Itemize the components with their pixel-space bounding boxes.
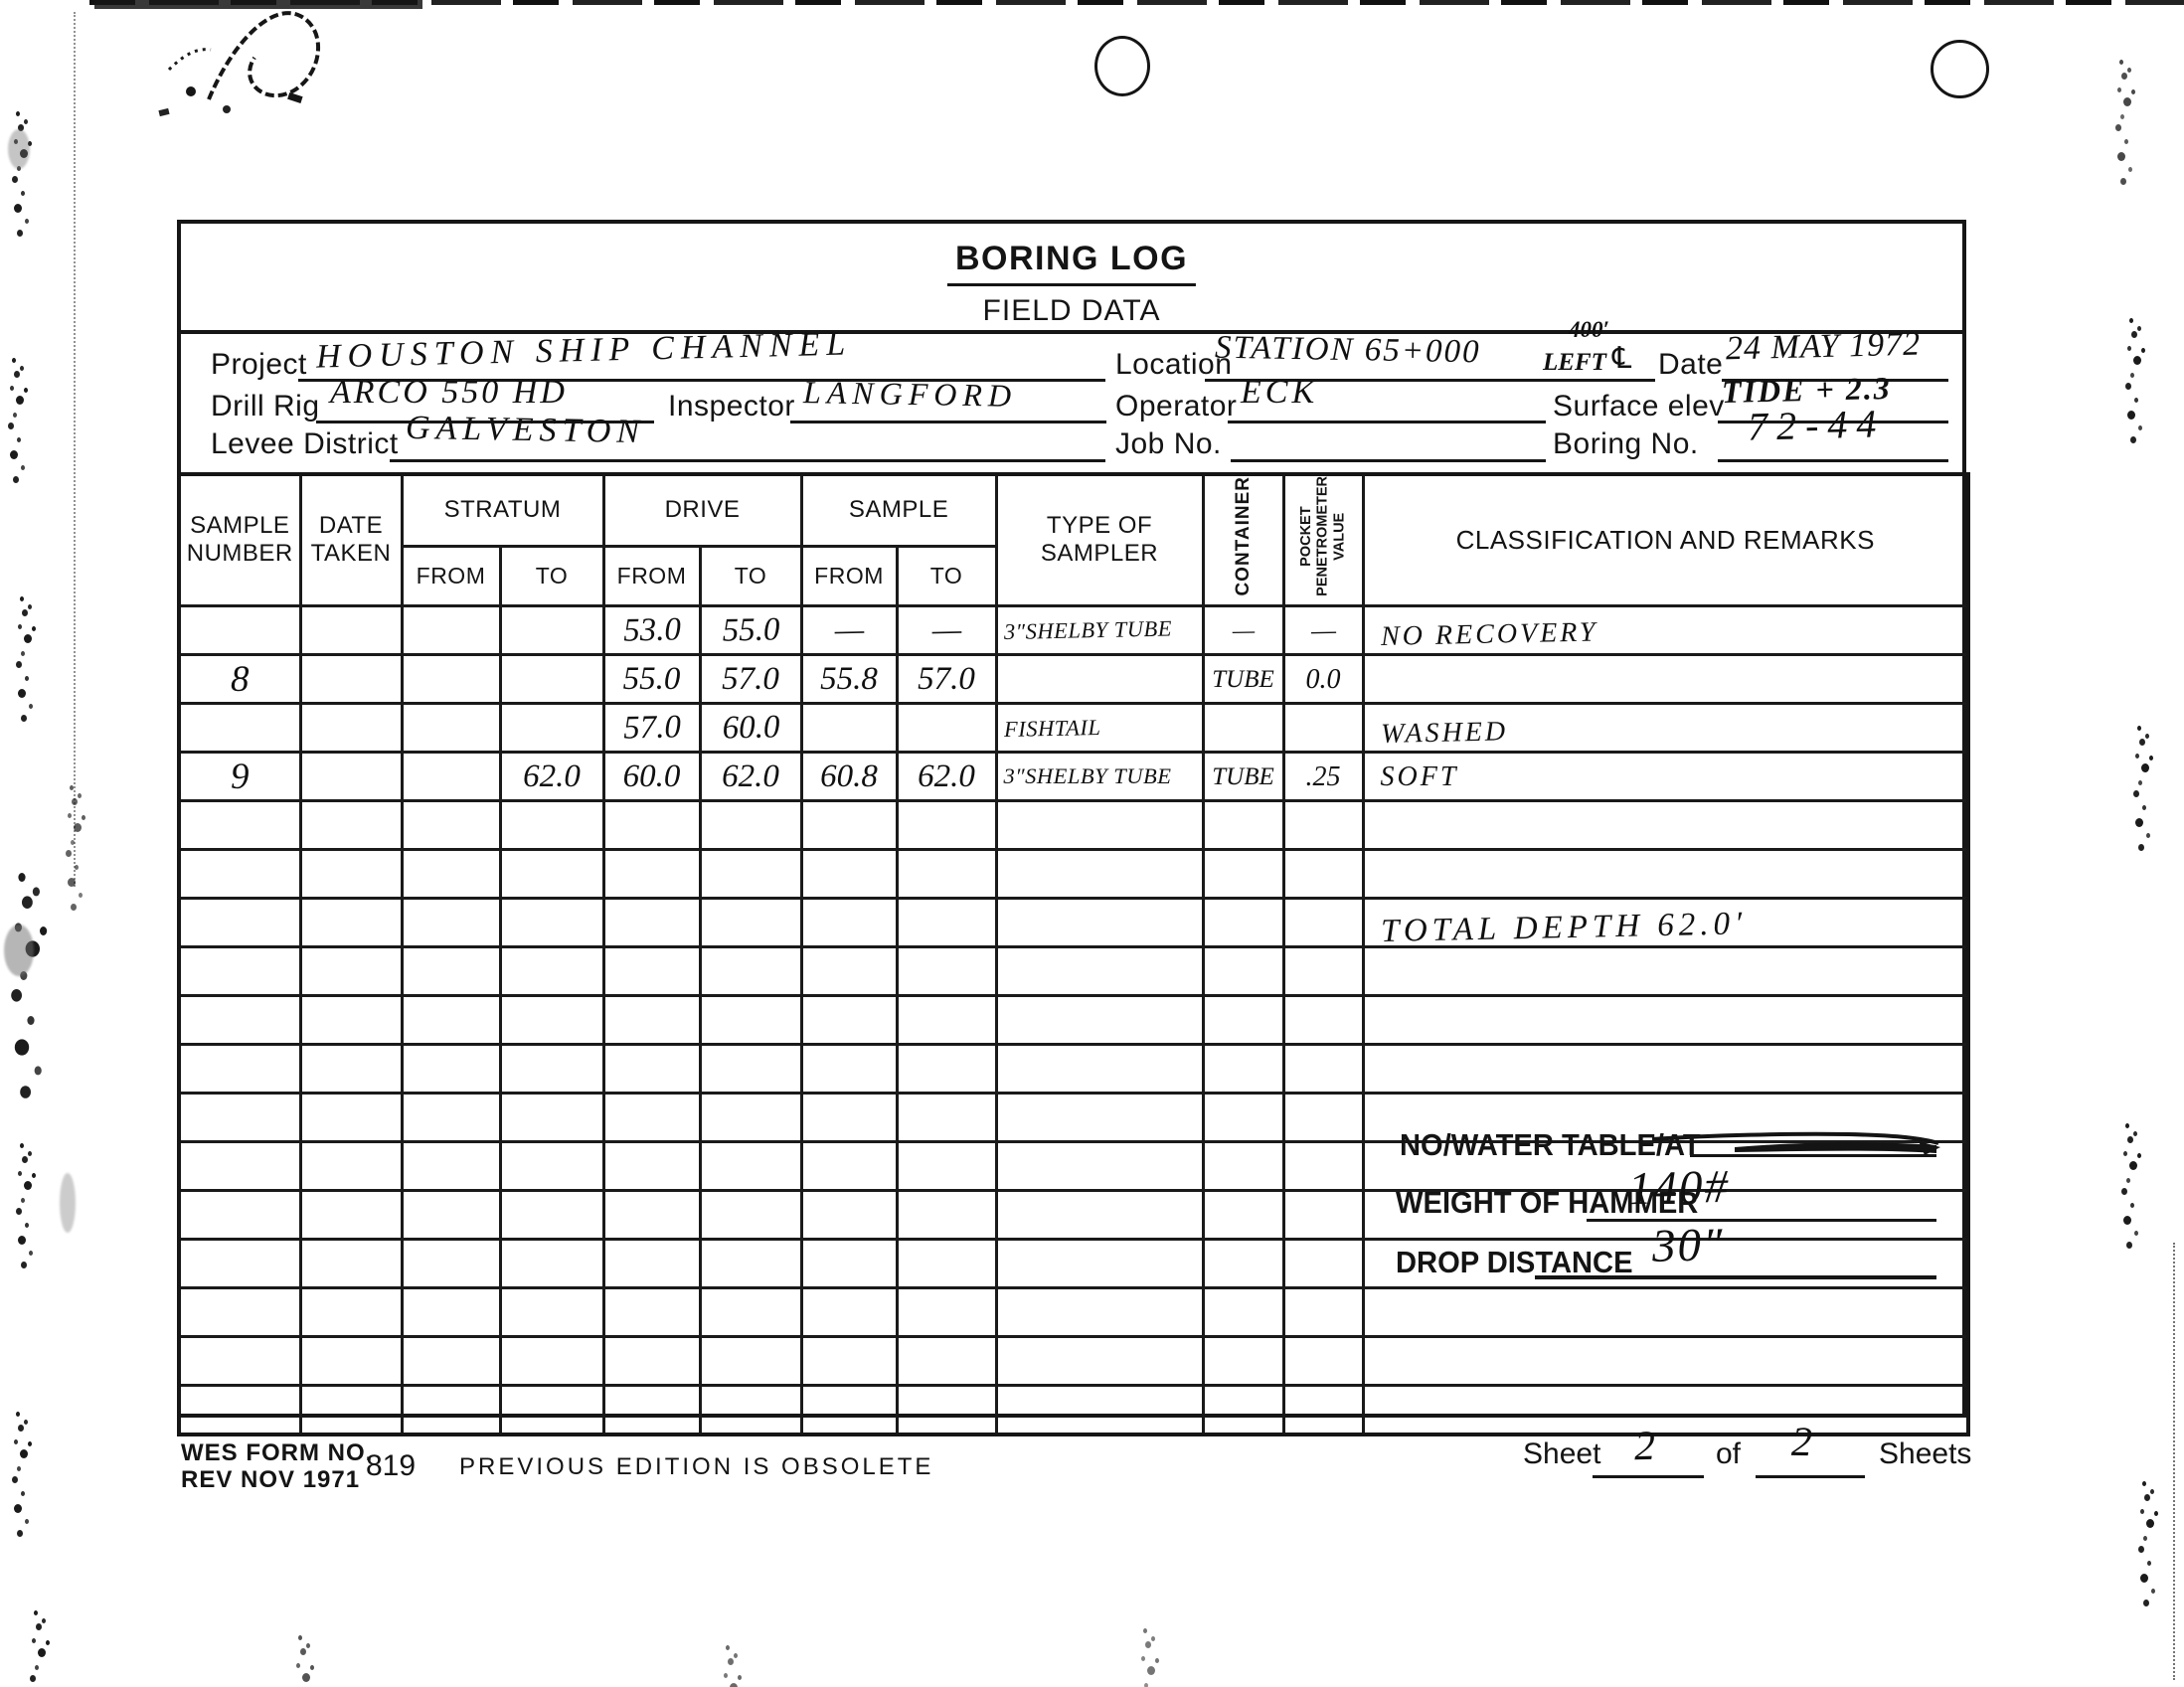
levee-district-line	[390, 459, 1105, 462]
cell-sm_from: —	[801, 605, 897, 654]
cell-d_to	[700, 898, 801, 946]
cell-sampler	[996, 800, 1203, 849]
table-row	[179, 946, 1968, 995]
table-row	[179, 800, 1968, 849]
cell-d_from	[603, 946, 700, 995]
cell-sampler: 3″SHELBY TUBE	[996, 752, 1203, 800]
header-drive-from: FROM	[603, 546, 700, 605]
table-row: TOTAL DEPTH 62.0′	[179, 898, 1968, 946]
handwritten-entry: WASHED	[1364, 706, 1966, 749]
cell-sm_from	[801, 1239, 897, 1287]
handwritten-entry: 8	[181, 659, 299, 698]
cell-d_from: 55.0	[603, 654, 700, 703]
cell-sm_from	[801, 800, 897, 849]
cell-sampler	[996, 1385, 1203, 1434]
cell-s_from	[402, 849, 500, 898]
cell-s_from	[402, 946, 500, 995]
scan-speckle	[12, 358, 16, 363]
cell-container	[1203, 849, 1283, 898]
sheet-value-line	[1593, 1475, 1704, 1478]
cell-s_from	[402, 1287, 500, 1336]
wes-form-no: WES FORM NO.	[181, 1439, 373, 1467]
cell-d_from	[603, 995, 700, 1044]
cell-d_to	[700, 1287, 801, 1336]
cell-s_from	[402, 703, 500, 752]
title-divider	[177, 330, 1966, 334]
location-value: STATION 65+000	[1215, 332, 1481, 370]
cell-pen	[1283, 1093, 1363, 1141]
cell-d_from	[603, 898, 700, 946]
header-type-of-sampler: TYPE OF SAMPLER	[996, 474, 1203, 605]
scanned-boring-log-page: BORING LOG FIELD DATA Project HOUSTON SH…	[0, 0, 2184, 1687]
cell-n	[179, 703, 300, 752]
handwritten-entry: 57.0	[702, 661, 800, 696]
scan-left-dotted-line	[74, 12, 76, 887]
cell-container	[1203, 1044, 1283, 1093]
handwritten-entry: TOTAL DEPTH 62.0′	[1364, 896, 1966, 949]
handwritten-entry: 53.0	[604, 611, 699, 648]
cell-d_from	[603, 1336, 700, 1385]
of-label: of	[1716, 1437, 1741, 1471]
cell-sm_to: —	[897, 605, 996, 654]
cell-remarks	[1363, 1287, 1968, 1336]
cell-container: TUBE	[1203, 752, 1283, 800]
cell-date	[300, 1190, 402, 1239]
cell-pen	[1283, 898, 1363, 946]
cell-n	[179, 995, 300, 1044]
obsolete-note: PREVIOUS EDITION IS OBSOLETE	[459, 1453, 933, 1481]
cell-sm_to	[897, 1093, 996, 1141]
cell-n	[179, 1093, 300, 1141]
cell-n: 8	[179, 654, 300, 703]
cell-sampler	[996, 849, 1203, 898]
cell-n	[179, 849, 300, 898]
cell-n	[179, 800, 300, 849]
cell-d_to	[700, 1093, 801, 1141]
scan-smear	[60, 1173, 76, 1233]
cell-container	[1203, 1385, 1283, 1434]
table-row	[179, 1385, 1968, 1434]
cell-container	[1203, 1239, 1283, 1287]
cell-d_to	[700, 1190, 801, 1239]
cell-date	[300, 703, 402, 752]
levee-district-label: Levee District	[211, 427, 399, 461]
scan-smear	[4, 925, 34, 976]
cell-s_from	[402, 1044, 500, 1093]
cell-sm_from	[801, 898, 897, 946]
punch-hole-left	[1094, 36, 1150, 96]
cell-s_from	[402, 1385, 500, 1434]
cell-s_to	[500, 703, 603, 752]
cell-sm_to	[897, 946, 996, 995]
cell-date	[300, 654, 402, 703]
scan-speckle	[2125, 1123, 2129, 1128]
cell-sm_from	[801, 849, 897, 898]
cell-sm_from	[801, 1190, 897, 1239]
cell-s_to	[500, 1385, 603, 1434]
levee-district-value: GALVESTON	[406, 412, 646, 449]
form-subtitle: FIELD DATA	[983, 294, 1161, 328]
cell-remarks	[1363, 946, 1968, 995]
scan-speckle	[20, 1143, 24, 1148]
scan-speckle	[1143, 1628, 1147, 1633]
cell-date	[300, 752, 402, 800]
cell-container	[1203, 1190, 1283, 1239]
form-number: 819	[366, 1449, 416, 1483]
cell-remarks: NO RECOVERY	[1363, 605, 1968, 654]
header-container: CONTAINER	[1203, 474, 1283, 605]
cell-s_to	[500, 1093, 603, 1141]
cell-d_from: 53.0	[603, 605, 700, 654]
table-row	[179, 849, 1968, 898]
cell-sm_to: 57.0	[897, 654, 996, 703]
weight-of-hammer-line	[1587, 1219, 1936, 1222]
handwritten-entry: 60.0	[605, 759, 699, 793]
header-sample-to: TO	[897, 546, 996, 605]
cell-sm_to	[897, 1239, 996, 1287]
cell-s_from	[402, 1141, 500, 1190]
cell-remarks	[1363, 1385, 1968, 1434]
cell-d_to	[700, 946, 801, 995]
date-value: 24 MAY 1972	[1726, 328, 1922, 367]
header-drive-to: TO	[700, 546, 801, 605]
cell-s_to	[500, 898, 603, 946]
cell-s_from	[402, 1336, 500, 1385]
cell-d_from	[603, 1093, 700, 1141]
cell-s_to	[500, 1190, 603, 1239]
boring-log-table: SAMPLE NUMBER DATE TAKEN STRATUM DRIVE S…	[177, 472, 1970, 1436]
cell-date	[300, 946, 402, 995]
cell-sm_from	[801, 1044, 897, 1093]
cell-d_to	[700, 1239, 801, 1287]
cell-s_from	[402, 752, 500, 800]
cell-sampler	[996, 1141, 1203, 1190]
drop-distance-value: 30″	[1651, 1222, 1725, 1270]
cell-date	[300, 800, 402, 849]
cell-n	[179, 1287, 300, 1336]
scan-speckle	[2129, 318, 2133, 323]
handwritten-entry: —	[898, 611, 995, 648]
cell-sm_to	[897, 1287, 996, 1336]
cell-sm_to	[897, 849, 996, 898]
cell-sm_to	[897, 898, 996, 946]
cell-pen: —	[1283, 605, 1363, 654]
cell-date	[300, 1044, 402, 1093]
cell-sm_to	[897, 995, 996, 1044]
cell-d_from	[603, 1044, 700, 1093]
scan-speckle	[16, 111, 20, 116]
cell-s_to	[500, 995, 603, 1044]
table-header: SAMPLE NUMBER DATE TAKEN STRATUM DRIVE S…	[179, 474, 1968, 605]
handwritten-entry: SOFT	[1365, 761, 1967, 791]
form-title: BORING LOG	[947, 240, 1196, 286]
cell-d_from: 60.0	[603, 752, 700, 800]
cell-sampler	[996, 1336, 1203, 1385]
cell-sampler	[996, 995, 1203, 1044]
handwritten-entry: —	[1284, 614, 1362, 646]
cell-pen	[1283, 995, 1363, 1044]
boring-no-label: Boring No.	[1553, 427, 1699, 461]
cell-remarks: SOFT	[1363, 752, 1968, 800]
cell-d_to	[700, 1044, 801, 1093]
header-classification: CLASSIFICATION AND REMARKS	[1363, 474, 1968, 605]
scan-speckle	[298, 1635, 302, 1640]
cell-sampler	[996, 1093, 1203, 1141]
cell-d_from: 57.0	[603, 703, 700, 752]
cell-sm_to	[897, 1336, 996, 1385]
boring-no-line	[1718, 459, 1948, 462]
cell-s_from	[402, 1239, 500, 1287]
cell-container: TUBE	[1203, 654, 1283, 703]
cell-date	[300, 605, 402, 654]
cell-sm_to	[897, 1190, 996, 1239]
cell-s_from	[402, 605, 500, 654]
header-pocket-penetrometer: POCKET PENETROMETER VALUE	[1283, 474, 1363, 605]
operator-line	[1228, 421, 1546, 423]
location-value2: LEFT	[1543, 350, 1606, 375]
cell-sm_from	[801, 1141, 897, 1190]
scan-speckle	[20, 596, 24, 601]
cell-n	[179, 1044, 300, 1093]
cell-s_from	[402, 1190, 500, 1239]
scan-smear	[8, 129, 30, 169]
cell-s_from	[402, 898, 500, 946]
cell-date	[300, 1336, 402, 1385]
cell-s_to	[500, 605, 603, 654]
scan-scribble-artifact	[139, 0, 378, 149]
cell-d_to: 57.0	[700, 654, 801, 703]
weight-of-hammer-value: 140#	[1627, 1164, 1730, 1213]
handwritten-entry: 60.8	[803, 759, 896, 793]
header-date-taken: DATE TAKEN	[300, 474, 402, 605]
cell-sampler	[996, 1190, 1203, 1239]
container-vertical-label: CONTAINER	[1234, 476, 1254, 596]
boring-no-value: 72-44	[1748, 404, 1886, 446]
cell-d_to	[700, 1141, 801, 1190]
cell-d_to	[700, 995, 801, 1044]
cell-remarks	[1363, 995, 1968, 1044]
cell-s_to	[500, 1287, 603, 1336]
handwritten-entry: 55.0	[605, 661, 699, 696]
scan-speckle	[2119, 60, 2123, 65]
cell-s_to	[500, 654, 603, 703]
sheet-total-value: 2	[1791, 1422, 1813, 1463]
header-sample: SAMPLE	[801, 474, 996, 546]
cell-container	[1203, 1287, 1283, 1336]
cell-sm_to: 62.0	[897, 752, 996, 800]
header-drive: DRIVE	[603, 474, 801, 546]
cell-date	[300, 1287, 402, 1336]
cell-n	[179, 898, 300, 946]
cell-d_to: 60.0	[700, 703, 801, 752]
sheet-value: 2	[1633, 1426, 1655, 1468]
job-no-line	[1231, 459, 1546, 462]
handwritten-entry: 3″SHELBY TUBE	[997, 615, 1201, 644]
table-row	[179, 1287, 1968, 1336]
cell-container	[1203, 946, 1283, 995]
cell-date	[300, 849, 402, 898]
cell-sm_to	[897, 1385, 996, 1434]
scan-speckle	[16, 1412, 20, 1417]
drill-rig-value: ARCO 550 HD	[330, 376, 568, 410]
scan-right-dotted-line	[2173, 1243, 2175, 1680]
cell-pen	[1283, 1190, 1363, 1239]
operator-label: Operator	[1115, 390, 1237, 423]
job-no-label: Job No.	[1115, 427, 1222, 461]
table-row: 855.057.055.857.0TUBE0.0	[179, 654, 1968, 703]
handwritten-entry: 9	[181, 757, 299, 795]
cell-container	[1203, 800, 1283, 849]
cell-container: —	[1203, 605, 1283, 654]
cell-d_to: 62.0	[700, 752, 801, 800]
cell-sampler: FISHTAIL	[996, 703, 1203, 752]
cell-n	[179, 605, 300, 654]
punch-hole-right	[1931, 40, 1989, 98]
cell-date	[300, 1239, 402, 1287]
cell-sm_to	[897, 1044, 996, 1093]
cell-s_to: 62.0	[500, 752, 603, 800]
cell-s_from	[402, 1093, 500, 1141]
cell-sm_from	[801, 1336, 897, 1385]
cell-s_to	[500, 946, 603, 995]
cell-n	[179, 946, 300, 995]
cell-date	[300, 898, 402, 946]
table-row: 962.060.062.060.862.03″SHELBY TUBETUBE.2…	[179, 752, 1968, 800]
sheets-label: Sheets	[1879, 1437, 1971, 1471]
inspector-line	[790, 421, 1106, 423]
cell-pen	[1283, 1385, 1363, 1434]
cell-n	[179, 1239, 300, 1287]
project-label: Project	[211, 348, 307, 382]
handwritten-entry: —	[802, 611, 896, 648]
cell-d_to	[700, 1336, 801, 1385]
cell-sm_from	[801, 1287, 897, 1336]
cell-s_to	[500, 1336, 603, 1385]
cell-pen	[1283, 1239, 1363, 1287]
cell-remarks	[1363, 1336, 1968, 1385]
cell-sm_to	[897, 703, 996, 752]
date-label: Date	[1658, 348, 1723, 382]
cell-sm_from	[801, 1093, 897, 1141]
handwritten-entry: FISHTAIL	[997, 713, 1201, 742]
cell-remarks	[1363, 849, 1968, 898]
cell-pen	[1283, 1336, 1363, 1385]
scan-speckle	[18, 873, 25, 882]
header-sample-number: SAMPLE NUMBER	[179, 474, 300, 605]
table-row: 53.055.0——3″SHELBY TUBE——NO RECOVERY	[179, 605, 1968, 654]
handwritten-entry: 60.0	[701, 709, 800, 746]
inspector-value: LANGFORD	[803, 376, 1018, 412]
scan-speckle	[2137, 726, 2141, 731]
handwritten-entry: NO RECOVERY	[1364, 608, 1966, 651]
cell-container	[1203, 703, 1283, 752]
cell-pen	[1283, 1044, 1363, 1093]
cell-d_from	[603, 1385, 700, 1434]
cell-sm_from: 55.8	[801, 654, 897, 703]
handwritten-entry: 62.0	[702, 759, 800, 793]
cell-pen	[1283, 946, 1363, 995]
cell-n	[179, 1385, 300, 1434]
handwritten-entry: 55.0	[701, 611, 800, 648]
cell-pen	[1283, 849, 1363, 898]
table-row	[179, 1336, 1968, 1385]
table-row	[179, 1044, 1968, 1093]
handwritten-entry: 3″SHELBY TUBE	[998, 763, 1202, 788]
water-table-scribble	[1650, 1125, 1943, 1159]
cell-n: 9	[179, 752, 300, 800]
cell-s_to	[500, 1141, 603, 1190]
cell-d_from	[603, 1141, 700, 1190]
cell-d_from	[603, 1287, 700, 1336]
cell-sampler	[996, 946, 1203, 995]
handwritten-entry: 57.0	[899, 661, 995, 696]
cell-pen	[1283, 800, 1363, 849]
cell-pen	[1283, 1141, 1363, 1190]
cell-container	[1203, 1093, 1283, 1141]
header-stratum-from: FROM	[402, 546, 500, 605]
location-annotation: 400′	[1569, 318, 1609, 341]
cell-n	[179, 1190, 300, 1239]
handwritten-entry: —	[1204, 615, 1282, 644]
header-stratum-to: TO	[500, 546, 603, 605]
cell-sampler	[996, 1287, 1203, 1336]
cell-s_to	[500, 1239, 603, 1287]
sheet-label: Sheet	[1523, 1437, 1600, 1471]
cell-pen: 0.0	[1283, 654, 1363, 703]
cell-date	[300, 995, 402, 1044]
pocket-penetrometer-vertical-label: POCKET PENETROMETER VALUE	[1298, 476, 1348, 596]
scan-speckle	[34, 1610, 38, 1615]
cell-sampler	[996, 1239, 1203, 1287]
cell-remarks: TOTAL DEPTH 62.0′	[1363, 898, 1968, 946]
handwritten-entry: .25	[1285, 761, 1362, 791]
cell-sampler	[996, 654, 1203, 703]
handwritten-entry: TUBE	[1205, 762, 1282, 789]
cell-pen	[1283, 1287, 1363, 1336]
cell-sm_from	[801, 703, 897, 752]
cell-remarks: WASHED	[1363, 703, 1968, 752]
inspector-label: Inspector	[668, 390, 795, 423]
cell-sampler	[996, 1044, 1203, 1093]
cell-s_to	[500, 800, 603, 849]
cell-s_to	[500, 1044, 603, 1093]
cell-container	[1203, 1336, 1283, 1385]
cell-s_from	[402, 654, 500, 703]
operator-value: ECK	[1241, 376, 1318, 410]
cell-date	[300, 1385, 402, 1434]
cell-sm_from	[801, 946, 897, 995]
header-sample-from: FROM	[801, 546, 897, 605]
handwritten-entry: TUBE	[1205, 665, 1282, 692]
cell-s_from	[402, 800, 500, 849]
cell-remarks	[1363, 800, 1968, 849]
cell-d_from	[603, 1239, 700, 1287]
sheet-total-line	[1756, 1475, 1865, 1478]
cell-container	[1203, 995, 1283, 1044]
cell-sm_from	[801, 995, 897, 1044]
cell-n	[179, 1336, 300, 1385]
cell-d_to	[700, 1385, 801, 1434]
cell-s_to	[500, 849, 603, 898]
scan-speckle	[726, 1645, 730, 1650]
cell-remarks	[1363, 654, 1968, 703]
cell-d_to: 55.0	[700, 605, 801, 654]
cell-date	[300, 1093, 402, 1141]
cell-sampler: 3″SHELBY TUBE	[996, 605, 1203, 654]
cell-container	[1203, 898, 1283, 946]
cell-s_from	[402, 995, 500, 1044]
scan-speckle	[70, 785, 74, 790]
